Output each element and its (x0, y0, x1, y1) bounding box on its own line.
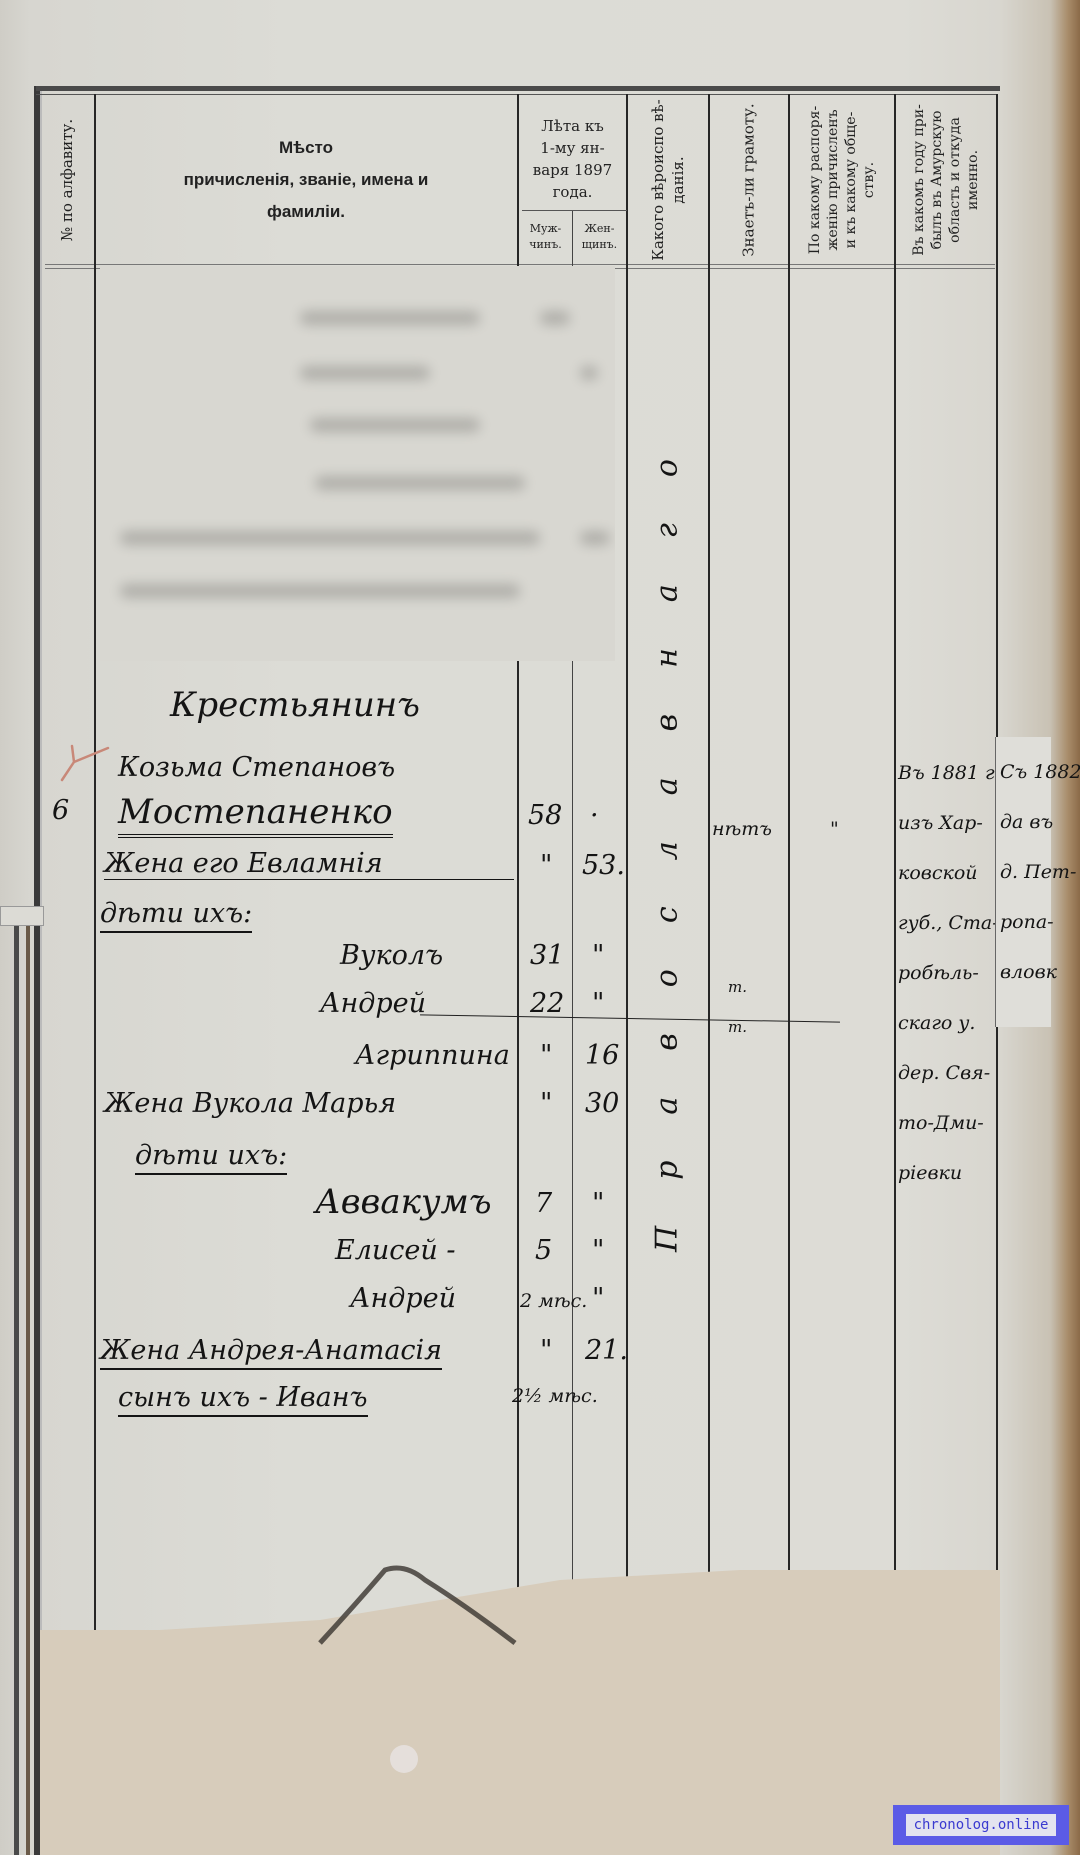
row-grandchild-elisey: Елисей - (335, 1235, 456, 1266)
header-name-line1: Мѣсто (279, 132, 333, 164)
paper-flap (0, 906, 44, 926)
row-grandchild-avvakum: Аввакумъ (315, 1182, 491, 1222)
age-male-elisey: 5 (535, 1235, 552, 1266)
redacted-entries (100, 266, 615, 661)
row-wife: Жена его Евламнія (104, 848, 514, 880)
header-number-label: № по алфавиту. (57, 119, 77, 241)
header-male-line1: Муж- (530, 221, 562, 237)
arrival-line-6: скаго у. (898, 998, 994, 1048)
literacy-mark-andrey: т. (728, 978, 747, 996)
row-child-agrippina: Агриппина (355, 1040, 510, 1071)
header-col-name: Мѣсто причисленія, званіе, имена и фамил… (96, 96, 516, 264)
row-grandchildren-heading: дѣти ихъ: (135, 1140, 287, 1175)
header-name-line3: фамиліи. (267, 196, 345, 228)
paper-hole (390, 1745, 418, 1773)
age-female-anatasia: 21. (585, 1335, 628, 1366)
arrival2-line-1: Съ 1882 (1000, 747, 1080, 797)
arrival-line-8: то-Дми- (898, 1098, 994, 1148)
header-order-line3: и къ какому обще- (842, 106, 860, 254)
header-female-line2: щинъ. (582, 237, 617, 253)
header-col-order: По какому распоря- женію причисленъ и къ… (790, 96, 894, 264)
header-order-label: По какому распоря- женію причисленъ и къ… (806, 106, 878, 254)
entry-number: 6 (52, 795, 69, 826)
arrival-cell: Въ 1881 г. изъ Хар- ковской губ., Ста- р… (898, 748, 994, 1198)
header-male-line2: чинъ. (529, 237, 561, 253)
row-grandchild-andrey: Андрей (350, 1283, 456, 1314)
arrival2-line-4: ропа- (1000, 897, 1080, 947)
header-age-line3: варя 1897 (533, 159, 612, 181)
age-female-head: · (590, 800, 599, 831)
header-year-line4: именно. (964, 104, 982, 256)
header-order-line2: женію причисленъ (824, 106, 842, 254)
arrival-second-cell: Съ 1882 да въ д. Пет- ропа- вловк (1000, 747, 1080, 997)
header-religion-line2: данія. (668, 99, 688, 261)
header-age-line1: Лѣта къ (541, 115, 604, 137)
row-children-heading: дѣти ихъ: (100, 898, 252, 933)
header-age-line2: 1-му ян- (540, 137, 604, 159)
header-year-line1: Въ какомъ году при- (910, 104, 928, 256)
age-female-wife: 53. (582, 850, 625, 881)
binding-edge-shadow (26, 920, 30, 1855)
religion-cell: Православнаго (632, 360, 702, 1340)
arrival-line-1: Въ 1881 г. (898, 748, 994, 798)
arrival-line-4: губ., Ста- (898, 898, 994, 948)
header-col-female: Жен- щинъ. (573, 212, 626, 262)
header-female-line1: Жен- (585, 221, 615, 237)
arrival-line-2: изъ Хар- (898, 798, 994, 848)
arrival-line-5: робѣль- (898, 948, 994, 998)
row-wife-of-vukol: Жена Вукола Марья (104, 1088, 396, 1119)
arrival2-line-3: д. Пет- (1000, 847, 1080, 897)
row-child-andrey: Андрей (320, 988, 426, 1019)
age-female-andrey-infant: " (592, 1283, 604, 1314)
literacy-value: нѣтъ (712, 818, 772, 840)
document-page: № по алфавиту. Мѣсто причисленія, званіе… (0, 0, 1080, 1855)
religion-value: Православнаго (650, 343, 685, 1323)
row-son-ivan: сынъ ихъ - Иванъ (118, 1382, 368, 1417)
col-divider-number (94, 94, 96, 1855)
header-age-line4: года. (553, 181, 593, 203)
arrival2-line-5: вловк (1000, 947, 1080, 997)
pasted-paper-slip: Съ 1882 да въ д. Пет- ропа- вловк (995, 737, 1051, 1027)
order-value: " (830, 818, 839, 840)
age-female-andrey: " (592, 988, 604, 1019)
header-year-line2: былъ въ Амурскую (928, 104, 946, 256)
entry-estate: Крестьянинъ (170, 685, 420, 725)
age-subheader-rule (522, 210, 627, 211)
header-order-line1: По какому распоря- (806, 106, 824, 254)
arrival-line-3: ковской (898, 848, 994, 898)
watermark-badge: chronolog.online (893, 1805, 1069, 1845)
age-male-anatasia: " (540, 1335, 552, 1366)
andrey-connector-stroke (420, 1014, 840, 1022)
age-female-agrippina: 16 (585, 1040, 619, 1071)
header-religion-label: Какого вѣроиспо вѣ- данія. (648, 99, 688, 261)
entry-head-surname: Мостепаненко (118, 792, 393, 838)
age-male-vukol: 31 (530, 940, 564, 971)
header-col-age: Лѣта къ 1-му ян- варя 1897 года. (519, 110, 626, 208)
header-year-label: Въ какомъ году при- былъ въ Амурскую обл… (910, 104, 982, 256)
age-male-andrey-infant: 2 мѣс. (520, 1290, 587, 1312)
header-year-line3: область и откуда (946, 104, 964, 256)
header-col-religion: Какого вѣроиспо вѣ- данія. (628, 96, 708, 264)
age-male-agrippina: " (540, 1040, 552, 1071)
header-col-male: Муж- чинъ. (519, 212, 572, 262)
age-male-wife: " (540, 850, 552, 881)
header-literacy-label: Знаетъ-ли грамоту. (739, 103, 759, 256)
table-left-border (34, 86, 40, 1855)
entry-head-given-name: Козьма Степановъ (118, 752, 395, 783)
age-male-head: 58 (528, 800, 562, 831)
row-child-vukol: Вуколъ (340, 940, 443, 971)
watermark-text: chronolog.online (906, 1814, 1057, 1836)
age-female-elisey: " (592, 1235, 604, 1266)
age-female-vukol: " (592, 940, 604, 971)
tear-stroke-icon (315, 1565, 565, 1645)
header-col-literacy: Знаетъ-ли грамоту. (710, 96, 788, 264)
age-female-avvakum: " (592, 1188, 604, 1219)
header-order-line4: ству. (860, 106, 878, 254)
age-male-marya: " (540, 1088, 552, 1119)
literacy-mark-agrippina: т. (728, 1018, 747, 1036)
age-female-marya: 30 (585, 1088, 619, 1119)
arrival2-line-2: да въ (1000, 797, 1080, 847)
header-religion-line1: Какого вѣроиспо вѣ- (648, 99, 668, 261)
age-male-andrey: 22 (530, 988, 564, 1019)
red-check-icon (52, 744, 112, 784)
row-wife-of-andrey: Жена Андрея-Анатасія (100, 1335, 442, 1370)
table-top-border (36, 86, 1000, 91)
arrival-line-7: дер. Свя- (898, 1048, 994, 1098)
header-name-line2: причисленія, званіе, имена и (184, 164, 429, 196)
header-col-year: Въ какомъ году при- былъ въ Амурскую обл… (896, 96, 996, 264)
arrival-line-9: ріевки (898, 1148, 994, 1198)
header-col-number: № по алфавиту. (40, 96, 94, 264)
binding-edge (14, 920, 19, 1855)
age-male-avvakum: 7 (535, 1188, 552, 1219)
age-male-ivan: 2½ мѣс. (512, 1385, 598, 1407)
